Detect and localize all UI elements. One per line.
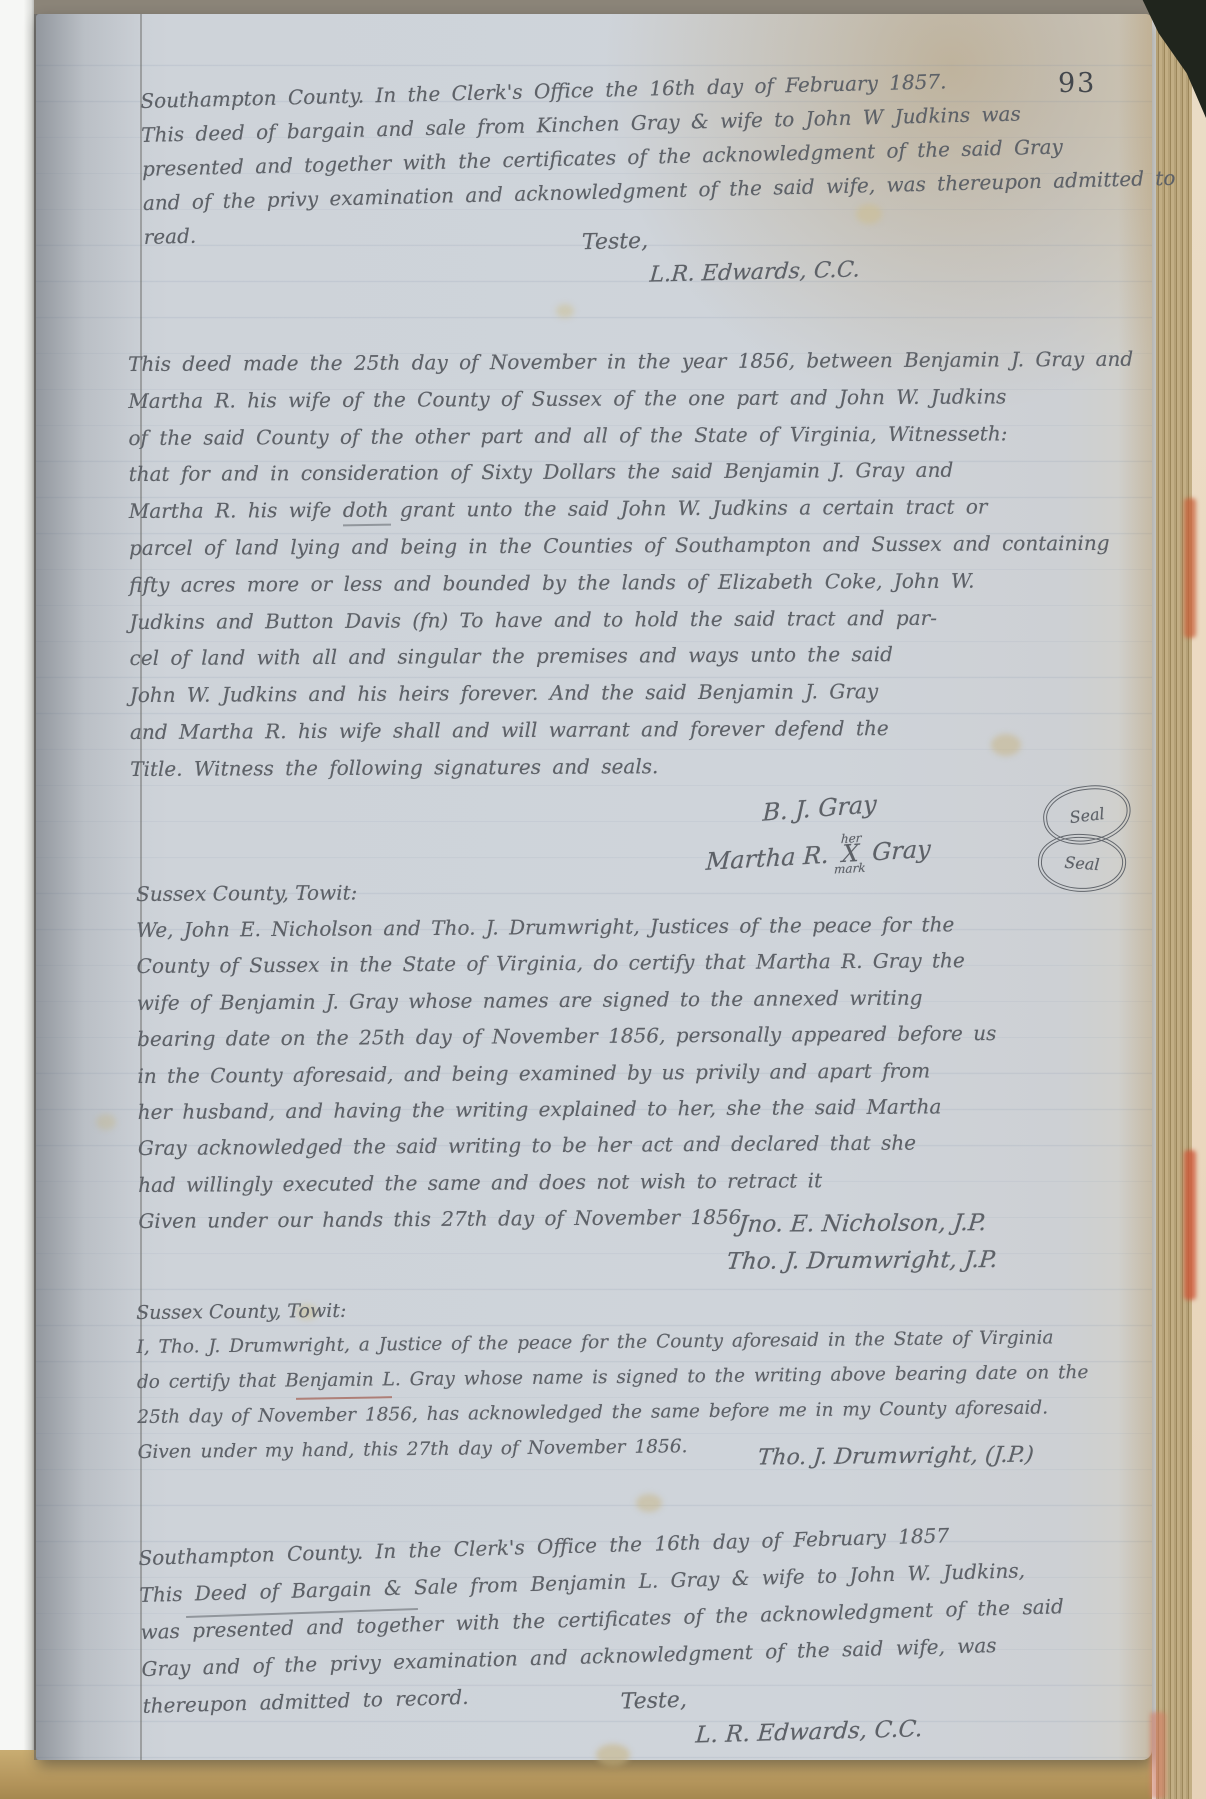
handwritten-line: parcel of land lying and being in the Co… — [129, 525, 1145, 567]
handwritten-line: Martha R. his wife doth grant unto the s… — [129, 488, 1145, 530]
acknowledgment-certificate: Sussex County, Towit: I, Tho. J. Drumwri… — [136, 1285, 1150, 1470]
handwritten-line: Martha R. his wife of the County of Suss… — [128, 377, 1144, 419]
handwritten-line: and Martha R. his wife shall and will wa… — [130, 709, 1146, 751]
teste-label: Teste, — [620, 1688, 687, 1715]
clerk-record-bottom: Southampton County. In the Clerk's Offic… — [138, 1512, 1145, 1725]
handwritten-line: Title. Witness the following signatures … — [130, 745, 1146, 787]
justice-signature-drumwright: Tho. J. Drumwright, J.P. — [725, 1247, 998, 1275]
red-cover-sliver — [1150, 1712, 1166, 1799]
handwritten-line: of the said County of the other part and… — [128, 414, 1144, 456]
her-mark-x: her X mark — [834, 832, 867, 876]
red-cover-sliver — [1184, 1150, 1196, 1300]
teste-label: Teste, — [582, 229, 649, 256]
foxing-spot — [556, 304, 574, 318]
clerk-signature: L.R. Edwards, C.C. — [649, 257, 861, 287]
handwritten-line: This deed made the 25th day of November … — [128, 341, 1144, 383]
handwritten-line: John W. Judkins and his heirs forever. A… — [130, 672, 1146, 714]
deed-body: This deed made the 25th day of November … — [128, 341, 1146, 788]
left-page-stack-edge — [0, 0, 34, 1799]
handwritten-line: cel of land with all and singular the pr… — [130, 635, 1146, 677]
handwritten-line: Given under our hands this 27th day of N… — [138, 1196, 1146, 1239]
handwritten-line: bearing date on the 25th day of November… — [137, 1014, 1145, 1057]
justice-signature-nicholson: Jno. E. Nicholson, J.P. — [737, 1210, 987, 1238]
handwritten-line: Judkins and Button Davis (fn) To have an… — [129, 598, 1145, 640]
justices-certificate: Sussex County, Towit: We, John E. Nichol… — [136, 869, 1147, 1240]
handwritten-line: that for and in consideration of Sixty D… — [129, 451, 1145, 493]
signature-name-part: Gray — [872, 835, 932, 866]
deed-book-photo: 93 Southampton County. In the Clerk's Of… — [0, 0, 1206, 1799]
clerk-record-top: Southampton County. In the Clerk's Offic… — [140, 59, 1149, 254]
foxing-spot — [636, 1494, 662, 1512]
red-cover-sliver — [1184, 498, 1196, 638]
handwritten-line: fifty acres more or less and bounded by … — [129, 561, 1145, 603]
foxing-spot — [596, 1744, 630, 1766]
foxing-spot — [96, 1114, 116, 1130]
justice-signature-drumwright: Tho. J. Drumwright, (J.P.) — [757, 1443, 1035, 1471]
cover-cloth — [1192, 0, 1206, 1799]
